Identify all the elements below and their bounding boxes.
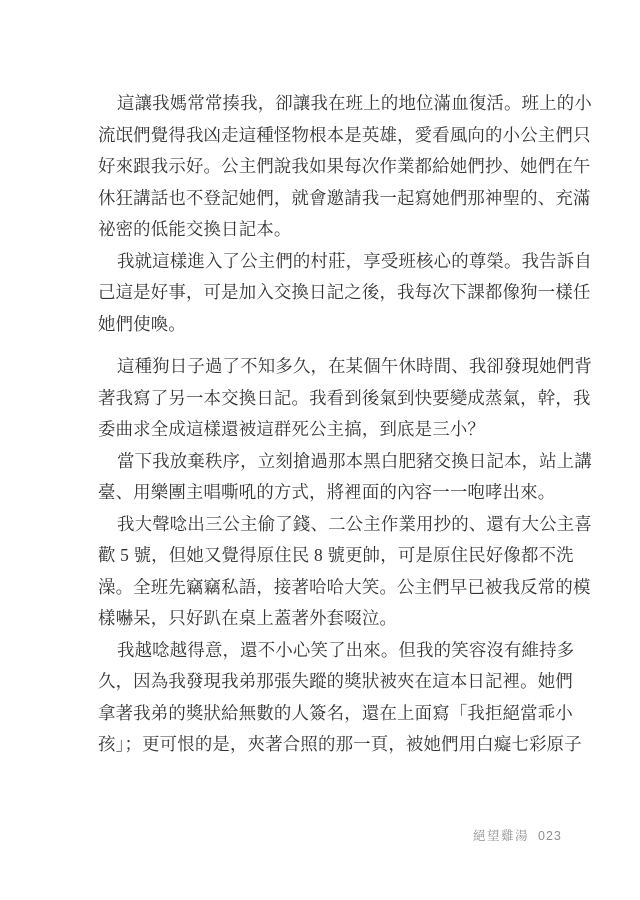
text-line: 這讓我媽常常揍我，卻讓我在班上的地位滿血復活。班上的小 bbox=[98, 88, 598, 120]
text-line: 久，因為我發現我弟那張失蹤的獎狀被夾在這本日記裡。她們 bbox=[98, 666, 598, 698]
text-line: 拿著我弟的獎狀給無數的人簽名，還在上面寫「我拒絕當乖小 bbox=[98, 698, 598, 730]
text-line: 好來跟我示好。公主們說我如果每次作業都給她們抄、她們在午 bbox=[98, 151, 598, 183]
page-text: 這讓我媽常常揍我，卻讓我在班上的地位滿血復活。班上的小流氓們覺得我凶走這種怪物根… bbox=[98, 88, 598, 761]
footer-page-number: 023 bbox=[538, 829, 562, 843]
page-footer: 絕望雞湯023 bbox=[473, 827, 562, 845]
text-line: 我大聲唸出三公主偷了錢、二公主作業用抄的、還有大公主喜 bbox=[98, 509, 598, 541]
text-line: 祕密的低能交換日記本。 bbox=[98, 214, 598, 246]
text-line: 己這是好事，可是加入交換日記之後，我每次下課都像狗一樣任 bbox=[98, 277, 598, 309]
paragraph: 這種狗日子過了不知多久，在某個午休時間、我卻發現她們背著我寫了另一本交換日記。我… bbox=[98, 351, 598, 446]
text-line: 孩」；更可恨的是，夾著合照的那一頁，被她們用白癡七彩原子 bbox=[98, 729, 598, 761]
book-page: 這讓我媽常常揍我，卻讓我在班上的地位滿血復活。班上的小流氓們覺得我凶走這種怪物根… bbox=[0, 0, 640, 900]
text-line: 當下我放棄秩序，立刻搶過那本黑白肥豬交換日記本，站上講 bbox=[98, 446, 598, 478]
text-line: 我就這樣進入了公主們的村莊，享受班核心的尊榮。我告訴自 bbox=[98, 246, 598, 278]
paragraph: 我越唸越得意，還不小心笑了出來。但我的笑容沒有維持多久，因為我發現我弟那張失蹤的… bbox=[98, 635, 598, 761]
text-line: 我越唸越得意，還不小心笑了出來。但我的笑容沒有維持多 bbox=[98, 635, 598, 667]
text-line: 流氓們覺得我凶走這種怪物根本是英雄，愛看風向的小公主們只 bbox=[98, 120, 598, 152]
paragraph: 這讓我媽常常揍我，卻讓我在班上的地位滿血復活。班上的小流氓們覺得我凶走這種怪物根… bbox=[98, 88, 598, 246]
text-line: 歡 5 號，但她又覺得原住民 8 號更帥，可是原住民好像都不洗 bbox=[98, 540, 598, 572]
text-line: 樣嚇呆，只好趴在桌上蓋著外套啜泣。 bbox=[98, 603, 598, 635]
text-line: 這種狗日子過了不知多久，在某個午休時間、我卻發現她們背 bbox=[98, 351, 598, 383]
text-line: 臺、用樂團主唱嘶吼的方式，將裡面的內容一一咆哮出來。 bbox=[98, 477, 598, 509]
text-line: 委曲求全成這樣還被這群死公主搞，到底是三小？ bbox=[98, 414, 598, 446]
paragraph: 我就這樣進入了公主們的村莊，享受班核心的尊榮。我告訴自己這是好事，可是加入交換日… bbox=[98, 246, 598, 341]
footer-book-title: 絕望雞湯 bbox=[473, 829, 529, 843]
text-line: 著我寫了另一本交換日記。我看到後氣到快要變成蒸氣，幹，我 bbox=[98, 383, 598, 415]
text-line: 她們使喚。 bbox=[98, 309, 598, 341]
paragraph: 我大聲唸出三公主偷了錢、二公主作業用抄的、還有大公主喜歡 5 號，但她又覺得原住… bbox=[98, 509, 598, 635]
text-line: 休狂講話也不登記她們，就會邀請我一起寫她們那神聖的、充滿 bbox=[98, 183, 598, 215]
text-line: 澡。全班先竊竊私語，接著哈哈大笑。公主們早已被我反常的模 bbox=[98, 572, 598, 604]
paragraph: 當下我放棄秩序，立刻搶過那本黑白肥豬交換日記本，站上講臺、用樂團主唱嘶吼的方式，… bbox=[98, 446, 598, 509]
